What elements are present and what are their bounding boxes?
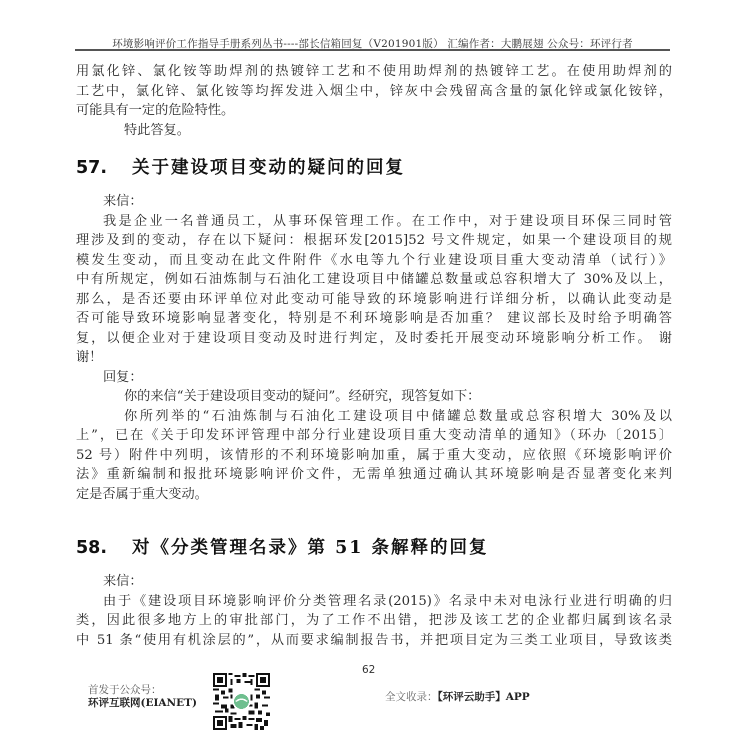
section-title: 对《分类管理名录》第 51 条解释的回复 (132, 538, 489, 558)
reply-intro: 你的来信“关于建设项目变动的疑问”。经研究，现答复如下： (76, 387, 672, 407)
collected-label: 全文收录： (385, 691, 438, 703)
section-number: 57. (76, 158, 132, 178)
collected-app: 【环评云助手】APP (438, 691, 530, 703)
text-line: 模发生变动，而且变动在此文件附件《水电等九个行业建设项目重大变动清单（试行）》 (76, 251, 672, 271)
closing-text: 特此答复。 (76, 121, 672, 141)
section-58-body: 来信： 由于《建设项目环境影响评价分类管理名录(2015)》名录中未对电泳行业进… (76, 572, 672, 650)
header-rule (75, 49, 670, 51)
text-line: 用氯化锌、氯化铵等助焊剂的热镀锌工艺和不使用助焊剂的热镀锌工艺。在使用助焊剂的 (76, 62, 672, 82)
published-label: 首发于公众号： (88, 684, 197, 697)
text-line: 类，因此很多地方上的审批部门，为了工作不出错，把涉及该工艺的企业都归属到该名录 (76, 611, 672, 631)
text-line: 否可能导致环境影响显著变化，特别是不利环境影响是否加重？ 建议部长及时给予明确答 (76, 309, 672, 329)
text-line: 52 号）附件中列明，该情形的不利环境影响加重，属于重大变动，应依照《环境影响评… (76, 446, 672, 466)
text-line: 那么，是否还要由环评单位对此变动可能导致的环境影响进行详细分析，以确认此变动是 (76, 290, 672, 310)
prev-section-text: 用氯化锌、氯化铵等助焊剂的热镀锌工艺和不使用助焊剂的热镀锌工艺。在使用助焊剂的 … (76, 62, 672, 140)
reply-label: 回复： (76, 368, 672, 388)
published-account: 环评互联网(EIANET) (88, 697, 197, 710)
footer-collected: 全文收录：【环评云助手】APP (385, 689, 530, 704)
text-line: 理涉及到的变动，存在以下疑问：根据环发[2015]52 号文件规定，如果一个建设… (76, 231, 672, 251)
text-line: 中有所规定，例如石油炼制与石油化工建设项目中储罐总数量或总容积增大了 30%及以… (76, 270, 672, 290)
text-line: 上”，已在《关于印发环评管理中部分行业建设项目重大变动清单的通知》（环办〔201… (76, 426, 672, 446)
text-line: 法》重新编制和报批环境影响评价文件，无需单独通过确认其环境影响是否显著变化来判 (76, 465, 672, 485)
text-line: 你所列举的“石油炼制与石油化工建设项目中储罐总数量或总容积增大 30%及以 (76, 407, 672, 427)
text-line: 可能具有一定的危险特性。 (76, 101, 672, 121)
letter-label: 来信： (76, 192, 672, 212)
text-line: 谢！ (76, 348, 672, 368)
text-line: 我是企业一名普通员工，从事环保管理工作。在工作中，对于建设项目环保三同时管 (76, 212, 672, 232)
text-line: 复，以便企业对于建设项目变动及时进行判定，及时委托开展变动环境影响分析工作。 谢 (76, 329, 672, 349)
section-58-heading: 58.对《分类管理名录》第 51 条解释的回复 (76, 534, 489, 559)
text-line: 定是否属于重大变动。 (76, 485, 672, 505)
letter-label: 来信： (76, 572, 672, 592)
section-57-heading: 57.关于建设项目变动的疑问的回复 (76, 154, 405, 179)
text-line: 中 51 条“使用有机涂层的”，从而要求编制报告书，并把项目定为三类工业项目，导… (76, 631, 672, 651)
qr-code-icon (213, 673, 270, 730)
text-line: 工艺中，氯化锌、氯化铵等均挥发进入烟尘中，锌灰中会残留高含量的氯化锌或氯化铵锌， (76, 82, 672, 102)
section-57-body: 来信： 我是企业一名普通员工，从事环保管理工作。在工作中，对于建设项目环保三同时… (76, 192, 672, 504)
section-number: 58. (76, 538, 132, 558)
text-line: 由于《建设项目环境影响评价分类管理名录(2015)》名录中未对电泳行业进行明确的… (76, 592, 672, 612)
page-number: 62 (362, 664, 375, 676)
footer-published: 首发于公众号： 环评互联网(EIANET) (88, 684, 197, 710)
section-title: 关于建设项目变动的疑问的回复 (132, 158, 405, 178)
